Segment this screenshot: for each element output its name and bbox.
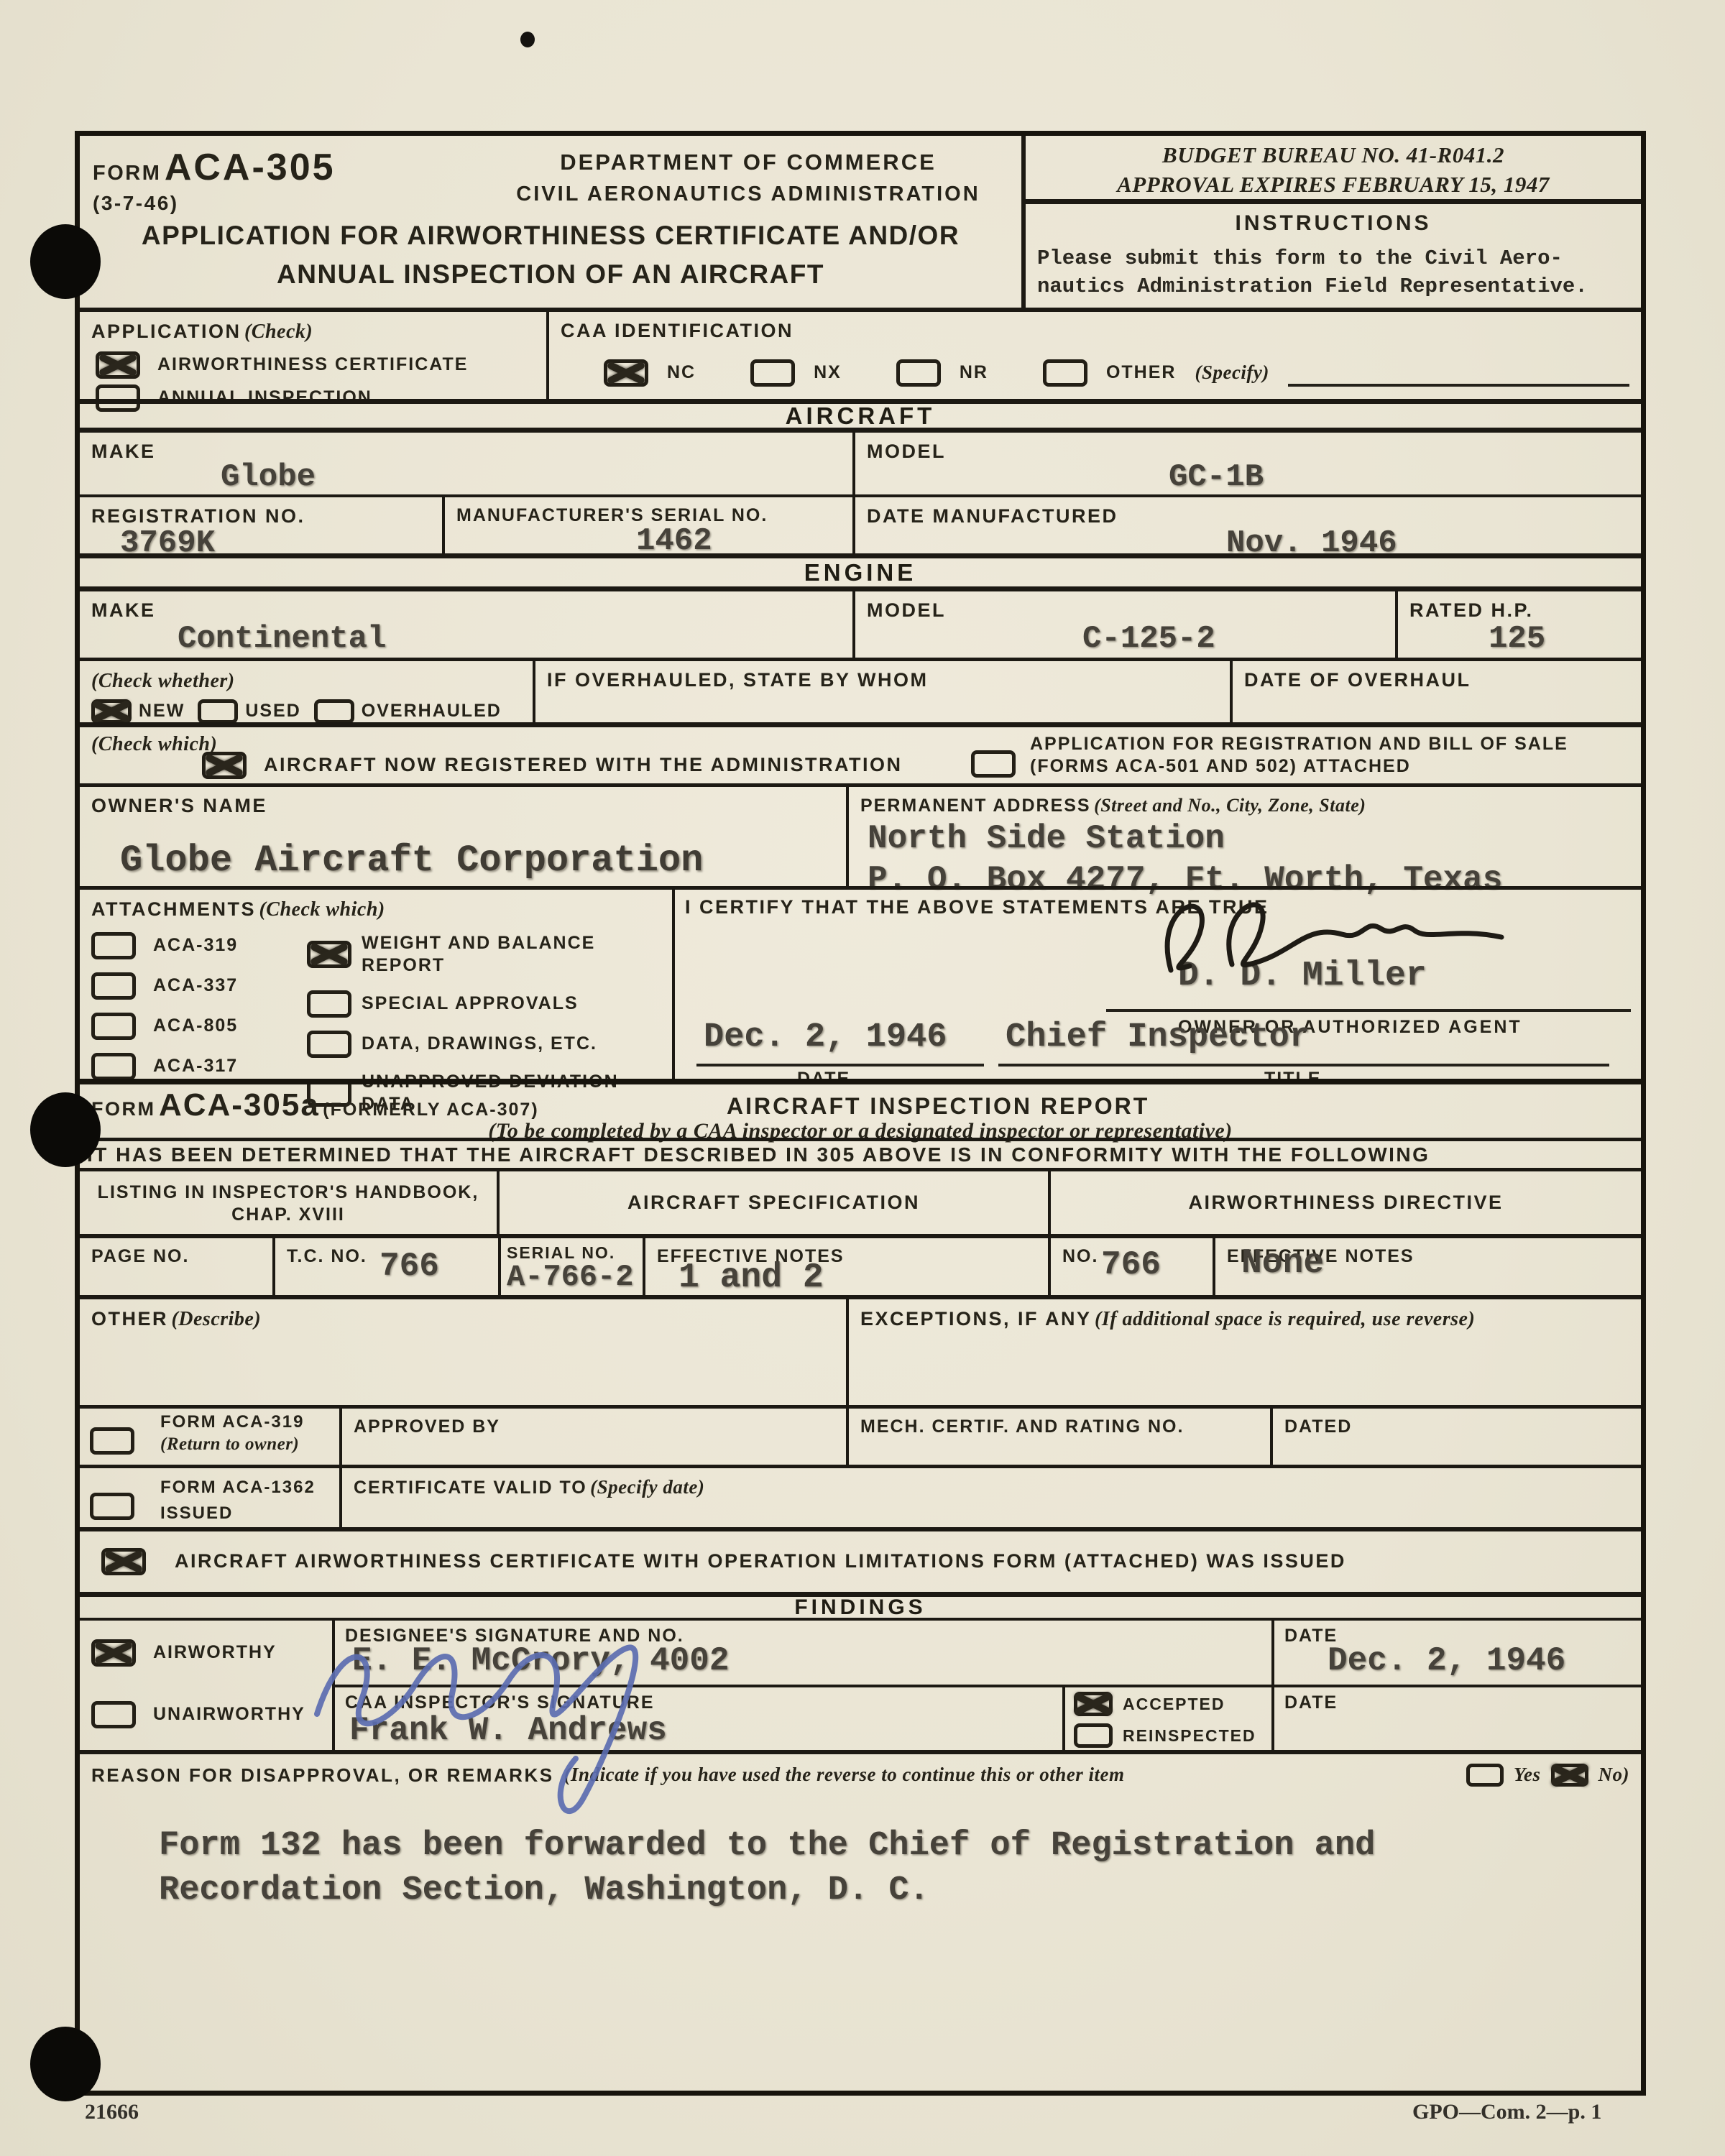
owner-name-cell: OWNER'S NAME Globe Aircraft Corporation <box>80 787 846 886</box>
owner-name-label: OWNER'S NAME <box>91 794 834 819</box>
application-label: APPLICATION <box>91 321 241 342</box>
findings-rows: AIRWORTHY UNAIRWORTHY DESIGNEE'S SIGNATU… <box>80 1621 1641 1750</box>
option-airworthiness-certificate: AIRWORTHINESS CERTIFICATE <box>96 351 535 379</box>
checkbox-unairworthy <box>91 1701 136 1728</box>
attachment-option: ACA-805 <box>91 1013 307 1040</box>
punch-hole <box>30 1092 101 1167</box>
application-attached-line1: APPLICATION FOR REGISTRATION AND BILL OF… <box>1030 733 1568 755</box>
attachment-option: ACA-317 <box>91 1053 307 1080</box>
attachment-option: DATA, DRAWINGS, ETC. <box>307 1031 661 1058</box>
header-right: BUDGET BUREAU NO. 41-R041.2 APPROVAL EXP… <box>1021 136 1641 308</box>
directive-no-value: 766 <box>1101 1245 1161 1285</box>
accepted-option: ACCEPTED <box>1074 1692 1263 1716</box>
attachment-label: ACA-805 <box>153 1015 238 1037</box>
page-no-label: PAGE NO. <box>91 1245 261 1268</box>
findings-date2-label: DATE <box>1284 1692 1631 1714</box>
checkbox-form-aca-319 <box>90 1427 134 1455</box>
reason-label: REASON FOR DISAPPROVAL, OR REMARKS <box>91 1764 554 1787</box>
date-line <box>696 1064 984 1067</box>
checkbox-no <box>1551 1764 1588 1787</box>
application-label-line: APPLICATION (Check) <box>91 319 535 344</box>
punch-hole <box>30 2027 101 2101</box>
attachment-label: SPECIAL APPROVALS <box>362 992 579 1015</box>
checkbox-aca-319 <box>91 932 136 959</box>
listing-header-line2: CHAP. XVIII <box>91 1204 485 1226</box>
ink-spot <box>520 32 535 47</box>
instructions-title: INSTRUCTIONS <box>1037 210 1629 237</box>
caa-other-note: (Specify) <box>1195 361 1269 385</box>
approved-by-label: APPROVED BY <box>354 1416 834 1438</box>
application-cell: APPLICATION (Check) AIRWORTHINESS CERTIF… <box>80 312 546 399</box>
attachment-label: ACA-317 <box>153 1055 238 1077</box>
owner-address-label: PERMANENT ADDRESS <box>860 796 1091 816</box>
registration-status-row: (Check which) AIRCRAFT NOW REGISTERED WI… <box>80 722 1641 783</box>
checkbox-aca-337 <box>91 972 136 1000</box>
certificate-valid-cell: CERTIFICATE VALID TO (Specify date) <box>339 1468 1641 1527</box>
caa-option-label: NX <box>814 361 842 384</box>
remarks-section: REASON FOR DISAPPROVAL, OR REMARKS (Indi… <box>80 1750 1641 2091</box>
dated-cell: DATED <box>1270 1409 1641 1465</box>
caa-option-label: NR <box>960 361 988 384</box>
serial-no-cell: SERIAL NO. A-766-2 <box>498 1238 643 1295</box>
engine-make-value: Continental <box>178 620 841 658</box>
owner-address-cell: PERMANENT ADDRESS (Street and No., City,… <box>846 787 1641 886</box>
exceptions-note: (If additional space is required, use re… <box>1095 1308 1475 1330</box>
notes-value: 1 and 2 <box>678 1258 1036 1299</box>
form-305a-note: (FORMERLY ACA-307) <box>323 1100 538 1120</box>
engine-make-label: MAKE <box>91 599 841 623</box>
checkbox-special-approvals <box>307 990 351 1018</box>
aca-1362-row: FORM ACA-1362 ISSUED CERTIFICATE VALID T… <box>80 1465 1641 1527</box>
budget-bureau-line1: BUDGET BUREAU NO. 41-R041.2 <box>1026 142 1641 170</box>
budget-bureau-box: BUDGET BUREAU NO. 41-R041.2 APPROVAL EXP… <box>1026 136 1641 204</box>
exceptions-cell: EXCEPTIONS, IF ANY (If additional space … <box>846 1299 1641 1405</box>
department-line1: DEPARTMENT OF COMMERCE <box>482 149 1014 177</box>
aca-319-labels: FORM ACA-319 (Return to owner) <box>160 1411 331 1455</box>
airworthy-label: AIRWORTHY <box>153 1641 277 1664</box>
owner-name-value: Globe Aircraft Corporation <box>120 839 834 883</box>
application-label-note: (Check) <box>244 321 313 343</box>
date-manufactured-cell: DATE MANUFACTURED Nov. 1946 <box>852 497 1641 553</box>
exceptions-label: EXCEPTIONS, IF ANY <box>860 1308 1092 1330</box>
owner-row: OWNER'S NAME Globe Aircraft Corporation … <box>80 783 1641 886</box>
checkbox-airworthy <box>91 1639 136 1667</box>
mech-certif-label: MECH. CERTIF. AND RATING NO. <box>860 1416 1259 1438</box>
check-whether-note: (Check whether) <box>91 668 521 694</box>
reinspected-label: REINSPECTED <box>1123 1726 1256 1746</box>
findings-date1-value: Dec. 2, 1946 <box>1328 1641 1631 1681</box>
engine-model-cell: MODEL C-125-2 <box>852 591 1395 658</box>
registration-cell: REGISTRATION NO. 3769K <box>80 497 442 553</box>
directive-header-cell: AIRWORTHINESS DIRECTIVE <box>1048 1171 1641 1234</box>
scanned-form-page: FORM ACA-305 (3-7-46) DEPARTMENT OF COMM… <box>0 0 1725 2156</box>
engine-hp-value: 125 <box>1489 620 1629 658</box>
owner-address-note: (Street and No., City, Zone, State) <box>1094 795 1366 816</box>
unairworthy-label: UNAIRWORTHY <box>153 1703 305 1726</box>
check-which-note: (Check which) <box>91 732 217 757</box>
owner-address-line1: North Side Station <box>868 819 1629 859</box>
certification-cell: I CERTIFY THAT THE ABOVE STATEMENTS ARE … <box>672 890 1641 1079</box>
certify-signature-name: D. D. Miller <box>1178 956 1427 998</box>
form-header: FORM ACA-305 (3-7-46) DEPARTMENT OF COMM… <box>80 136 1641 308</box>
form-title-line2: ANNUAL INSPECTION OF AN AIRCRAFT <box>80 259 1021 290</box>
mech-certif-cell: MECH. CERTIF. AND RATING NO. <box>846 1409 1270 1465</box>
designee-signature-cell: DESIGNEE'S SIGNATURE AND NO. E. E. McCro… <box>332 1621 1271 1687</box>
instructions-line2: nautics Administration Field Representat… <box>1037 272 1629 300</box>
directive-no-label: NO. <box>1062 1246 1098 1266</box>
conformity-statement: IT HAS BEEN DETERMINED THAT THE AIRCRAFT… <box>87 1142 1430 1167</box>
checkbox-accepted <box>1074 1692 1113 1716</box>
caa-options: NC NX NR OTHER (Specify) <box>604 359 1629 387</box>
accepted-cell: ACCEPTED REINSPECTED <box>1062 1687 1271 1750</box>
notes-cell: EFFECTIVE NOTES 1 and 2 <box>643 1238 1048 1295</box>
caa-identification-label: CAA IDENTIFICATION <box>561 319 1629 344</box>
aircraft-section-title: AIRCRAFT <box>786 402 936 430</box>
tc-no-cell: T.C. NO. 766 <box>272 1238 498 1295</box>
checkbox-aircraft-registered <box>202 752 247 779</box>
checkbox-overhauled <box>314 699 354 724</box>
certify-statement: I CERTIFY THAT THE ABOVE STATEMENTS ARE … <box>685 895 1269 920</box>
attachments-row: ATTACHMENTS (Check which) ACA-319 ACA-33… <box>80 886 1641 1079</box>
directive-notes-value: None <box>1241 1243 1629 1285</box>
caa-option-label: NC <box>667 361 696 384</box>
owner-address-label-line: PERMANENT ADDRESS (Street and No., City,… <box>860 794 1629 818</box>
checkbox-reinspected <box>1074 1723 1113 1748</box>
reason-note: (Indicate if you have used the reverse t… <box>564 1763 1125 1787</box>
budget-bureau-line2: APPROVAL EXPIRES FEBRUARY 15, 1947 <box>1026 171 1641 199</box>
form-revision-date: (3-7-46) <box>93 190 336 216</box>
other-specify-blank <box>1288 359 1629 387</box>
attachment-option: ACA-319 <box>91 932 307 959</box>
inspector-signature-cell: CAA INSPECTOR'S SIGNATURE Frank W. Andre… <box>332 1687 1062 1750</box>
page-no-cell: PAGE NO. <box>80 1238 272 1295</box>
attachment-option: WEIGHT AND BALANCE REPORT <box>307 932 661 977</box>
tc-no-label: T.C. NO. <box>287 1246 367 1266</box>
listing-header-row: LISTING IN INSPECTOR'S HANDBOOK, CHAP. X… <box>80 1171 1641 1234</box>
engine-hp-label: RATED H.P. <box>1409 599 1629 623</box>
findings-date2-cell: DATE <box>1271 1687 1641 1750</box>
header-left: FORM ACA-305 (3-7-46) DEPARTMENT OF COMM… <box>80 136 1021 308</box>
footer-print-code: 21666 <box>85 2100 139 2124</box>
application-attached-line2: (FORMS ACA-501 AND 502) ATTACHED <box>1030 755 1568 778</box>
aca-319-cell: FORM ACA-319 (Return to owner) <box>80 1409 339 1465</box>
aca-319-row: FORM ACA-319 (Return to owner) APPROVED … <box>80 1405 1641 1465</box>
other-label: OTHER <box>91 1308 168 1330</box>
listing-values-row: PAGE NO. T.C. NO. 766 SERIAL NO. A-766-2… <box>80 1234 1641 1295</box>
attachments-label-note: (Check which) <box>259 898 385 921</box>
aircraft-make-cell: MAKE Globe <box>80 433 852 494</box>
overhauled-by-label: IF OVERHAULED, STATE BY WHOM <box>547 668 1218 693</box>
inspector-value: Frank W. Andrews <box>349 1711 1052 1751</box>
attachment-option: ACA-337 <box>91 972 307 1000</box>
instructions-line1: Please submit this form to the Civil Aer… <box>1037 244 1629 272</box>
condition-label: USED <box>245 700 300 722</box>
aca-1362-issued-label: ISSUED <box>160 1503 331 1524</box>
spec-header: AIRCRAFT SPECIFICATION <box>627 1191 920 1215</box>
instructions-box: INSTRUCTIONS Please submit this form to … <box>1026 204 1641 308</box>
checkbox-used <box>198 699 238 724</box>
department-block: DEPARTMENT OF COMMERCE CIVIL AERONAUTICS… <box>482 149 1014 207</box>
application-attached-option: APPLICATION FOR REGISTRATION AND BILL OF… <box>971 733 1568 778</box>
engine-make-cell: MAKE Continental <box>80 591 852 658</box>
form-label: FORM <box>93 162 161 185</box>
certificate-issued-label: AIRCRAFT AIRWORTHINESS CERTIFICATE WITH … <box>175 1549 1346 1574</box>
attachment-label: ACA-319 <box>153 934 238 957</box>
designee-value: E. E. McCrory, 4002 <box>352 1641 1261 1681</box>
listing-header-line1: LISTING IN INSPECTOR'S HANDBOOK, <box>91 1181 485 1204</box>
checkbox-nx <box>750 359 795 387</box>
attachment-label: WEIGHT AND BALANCE REPORT <box>362 932 661 977</box>
listing-header-cell: LISTING IN INSPECTOR'S HANDBOOK, CHAP. X… <box>80 1171 497 1234</box>
unairworthy-option: UNAIRWORTHY <box>91 1701 321 1728</box>
aca-1362-cell: FORM ACA-1362 ISSUED <box>80 1468 339 1527</box>
aircraft-make-row: MAKE Globe MODEL GC-1B <box>80 433 1641 494</box>
form-id-block: FORM ACA-305 (3-7-46) <box>93 146 336 216</box>
checkbox-aca-317 <box>91 1053 136 1080</box>
engine-condition-row: (Check whether) NEW USED OVERHAULED IF O… <box>80 658 1641 722</box>
directive-header: AIRWORTHINESS DIRECTIVE <box>1188 1191 1503 1215</box>
engine-hp-cell: RATED H.P. 125 <box>1395 591 1641 658</box>
engine-make-row: MAKE Continental MODEL C-125-2 RATED H.P… <box>80 591 1641 658</box>
certify-date-value: Dec. 2, 1946 <box>704 1018 947 1058</box>
other-cell: OTHER (Describe) <box>80 1299 846 1405</box>
checkbox-aca-805 <box>91 1013 136 1040</box>
remarks-text-line1: Form 132 has been forwarded to the Chief… <box>159 1826 1375 1866</box>
serial-cell: MANUFACTURER'S SERIAL NO. 1462 <box>442 497 852 553</box>
directive-notes-cell: EFFECTIVE NOTES None <box>1213 1238 1641 1295</box>
checkbox-nc <box>604 359 648 387</box>
approved-by-cell: APPROVED BY <box>339 1409 846 1465</box>
remarks-text-line2: Recordation Section, Washington, D. C. <box>159 1871 929 1911</box>
reinspected-option: REINSPECTED <box>1074 1723 1263 1748</box>
overhauled-by-cell: IF OVERHAULED, STATE BY WHOM <box>533 661 1230 722</box>
form-number: ACA-305 <box>165 147 336 188</box>
form-aca-305: FORM ACA-305 (3-7-46) DEPARTMENT OF COMM… <box>75 131 1646 2096</box>
footer-gpo: GPO—Com. 2—p. 1 <box>1412 2100 1601 2124</box>
tc-no-value: 766 <box>379 1247 439 1286</box>
aircraft-model-cell: MODEL GC-1B <box>852 433 1641 494</box>
engine-section-band: ENGINE <box>80 553 1641 591</box>
checkbox-data-drawings <box>307 1031 351 1058</box>
option-label: AIRWORTHINESS CERTIFICATE <box>157 354 468 376</box>
aca-319-label: FORM ACA-319 <box>160 1411 331 1433</box>
dated-label: DATED <box>1284 1416 1629 1438</box>
other-note: (Describe) <box>171 1308 261 1330</box>
checkbox-other <box>1043 359 1087 387</box>
caa-identification-cell: CAA IDENTIFICATION NC NX NR OTHER (Speci… <box>546 312 1641 399</box>
engine-condition-cell: (Check whether) NEW USED OVERHAULED <box>80 661 533 722</box>
attachment-label: DATA, DRAWINGS, ETC. <box>362 1033 597 1055</box>
caa-other-label: OTHER <box>1106 361 1177 384</box>
checkbox-form-aca-1362 <box>90 1493 134 1520</box>
certificate-issued-row: AIRCRAFT AIRWORTHINESS CERTIFICATE WITH … <box>80 1527 1641 1592</box>
checkbox-airworthiness-certificate <box>96 351 140 379</box>
airworthy-option: AIRWORTHY <box>91 1639 321 1667</box>
conformity-band: IT HAS BEEN DETERMINED THAT THE AIRCRAFT… <box>80 1138 1641 1171</box>
aca-1362-label: FORM ACA-1362 <box>160 1477 331 1498</box>
aircraft-registration-row: REGISTRATION NO. 3769K MANUFACTURER'S SE… <box>80 494 1641 553</box>
punch-hole <box>30 224 101 299</box>
accepted-label: ACCEPTED <box>1123 1694 1225 1715</box>
checkbox-registration-attached <box>971 750 1016 778</box>
form-305a-label: FORM <box>91 1098 155 1120</box>
title-line <box>998 1064 1609 1067</box>
attachment-label: ACA-337 <box>153 975 238 997</box>
registered-option: AIRCRAFT NOW REGISTERED WITH THE ADMINIS… <box>202 752 902 779</box>
certificate-valid-label: CERTIFICATE VALID TO <box>354 1478 587 1498</box>
checkbox-certificate-issued <box>101 1548 146 1575</box>
form-title-line1: APPLICATION FOR AIRWORTHINESS CERTIFICAT… <box>80 221 1021 251</box>
attachment-option: SPECIAL APPROVALS <box>307 990 661 1018</box>
condition-label: NEW <box>139 700 185 722</box>
engine-model-label: MODEL <box>867 599 1384 623</box>
attachments-label-line: ATTACHMENTS (Check which) <box>91 897 661 922</box>
other-exceptions-row: OTHER (Describe) EXCEPTIONS, IF ANY (If … <box>80 1295 1641 1405</box>
spec-header-cell: AIRCRAFT SPECIFICATION <box>497 1171 1048 1234</box>
registered-label: AIRCRAFT NOW REGISTERED WITH THE ADMINIS… <box>264 753 902 778</box>
aca-1362-labels: FORM ACA-1362 ISSUED <box>160 1477 331 1524</box>
checkbox-nr <box>896 359 941 387</box>
yes-label: Yes <box>1514 1763 1541 1787</box>
application-row: APPLICATION (Check) AIRWORTHINESS CERTIF… <box>80 308 1641 399</box>
inspection-report-title: AIRCRAFT INSPECTION REPORT <box>727 1092 1149 1120</box>
directive-no-cell: NO. 766 <box>1048 1238 1213 1295</box>
checkbox-yes <box>1466 1764 1504 1787</box>
no-label: No) <box>1598 1763 1630 1787</box>
engine-condition-options: NEW USED OVERHAULED <box>91 699 521 724</box>
findings-date1-cell: DATE Dec. 2, 1946 <box>1271 1621 1641 1687</box>
findings-band: FINDINGS <box>80 1592 1641 1621</box>
overhaul-date-cell: DATE OF OVERHAUL <box>1230 661 1641 722</box>
signature-line <box>1106 1009 1631 1012</box>
attachments-label: ATTACHMENTS <box>91 898 256 920</box>
serial-no-value: A-766-2 <box>507 1259 637 1295</box>
department-line2: CIVIL AERONAUTICS ADMINISTRATION <box>482 181 1014 207</box>
inspection-report-header: FORM ACA-305a (FORMERLY ACA-307) AIRCRAF… <box>80 1079 1641 1138</box>
reason-line: REASON FOR DISAPPROVAL, OR REMARKS (Indi… <box>80 1754 1641 1787</box>
certify-title-value: Chief Inspector <box>1006 1018 1310 1058</box>
overhaul-date-label: DATE OF OVERHAUL <box>1244 668 1629 693</box>
aircraft-section-band: AIRCRAFT <box>80 399 1641 433</box>
aircraft-make-value: Globe <box>221 459 841 497</box>
certificate-valid-note: (Specify date) <box>590 1476 704 1498</box>
findings-title: FINDINGS <box>794 1595 926 1620</box>
engine-section-title: ENGINE <box>804 559 917 586</box>
application-attached-labels: APPLICATION FOR REGISTRATION AND BILL OF… <box>1030 733 1568 778</box>
condition-label: OVERHAULED <box>362 700 502 722</box>
engine-model-value: C-125-2 <box>1082 620 1384 658</box>
aircraft-model-value: GC-1B <box>1169 459 1629 497</box>
aca-319-note: (Return to owner) <box>160 1433 331 1455</box>
checkbox-new <box>91 699 132 724</box>
checkbox-weight-balance <box>307 941 351 968</box>
attachments-cell: ATTACHMENTS (Check which) ACA-319 ACA-33… <box>80 890 672 1079</box>
airworthy-cell: AIRWORTHY UNAIRWORTHY <box>80 1621 332 1750</box>
